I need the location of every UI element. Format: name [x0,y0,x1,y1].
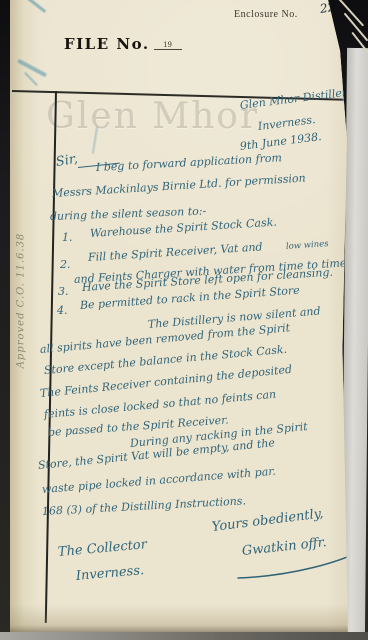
item3-number: 3. [58,285,69,298]
para2-line3: waste pipe locked in accordance with par… [41,465,276,496]
item2-number: 2. [60,258,71,271]
letterhead-line1: Glen Mhor Distillery [239,85,354,112]
paper-bottom-shadow [10,604,352,634]
salutation: Sir, [55,152,79,170]
addressee-line2: Inverness. [75,563,144,584]
enclosure-stamp-label: Enclosure No. [234,9,298,20]
item2-insertion: low wines [286,239,329,252]
item4-number: 4. [57,304,68,317]
opening-line2: Messrs Mackinlays Birnie Ltd. for permis… [52,171,306,199]
item2-text-line1: Fill the Spirit Receiver, Vat and [88,240,263,264]
document-page: Enclosure No. 224 FILE No.19 Glen Mhor A… [10,0,352,634]
opening-line1: I beg to forward application from [96,151,283,174]
scan-background: Enclosure No. 224 FILE No.19 Glen Mhor A… [0,0,368,640]
closing: Yours obediently, [211,506,324,535]
margin-vertical-rule [45,91,57,623]
margin-approval-note: Approved C.O. 11.6.38 [16,216,27,386]
file-no-label: FILE No. [64,35,150,53]
letterhead-line2: Inverness. [257,113,316,133]
opening-line3: during the silent season to:- [50,205,207,223]
glen-mhor-watermark: Glen Mhor [46,96,259,137]
addressee-line1: The Collector [57,537,147,560]
blue-pencil-mark [24,72,38,86]
file-number: 19 [154,41,182,50]
blue-pencil-mark [17,59,47,78]
item1-number: 1. [62,231,73,244]
scan-bottom-edge [0,632,368,640]
page-edge-line [351,32,368,58]
blue-pencil-mark [26,0,47,13]
para2-line4: 168 (3) of the Distilling Instructions. [42,494,247,518]
file-no-stamp: FILE No.19 [64,35,182,53]
